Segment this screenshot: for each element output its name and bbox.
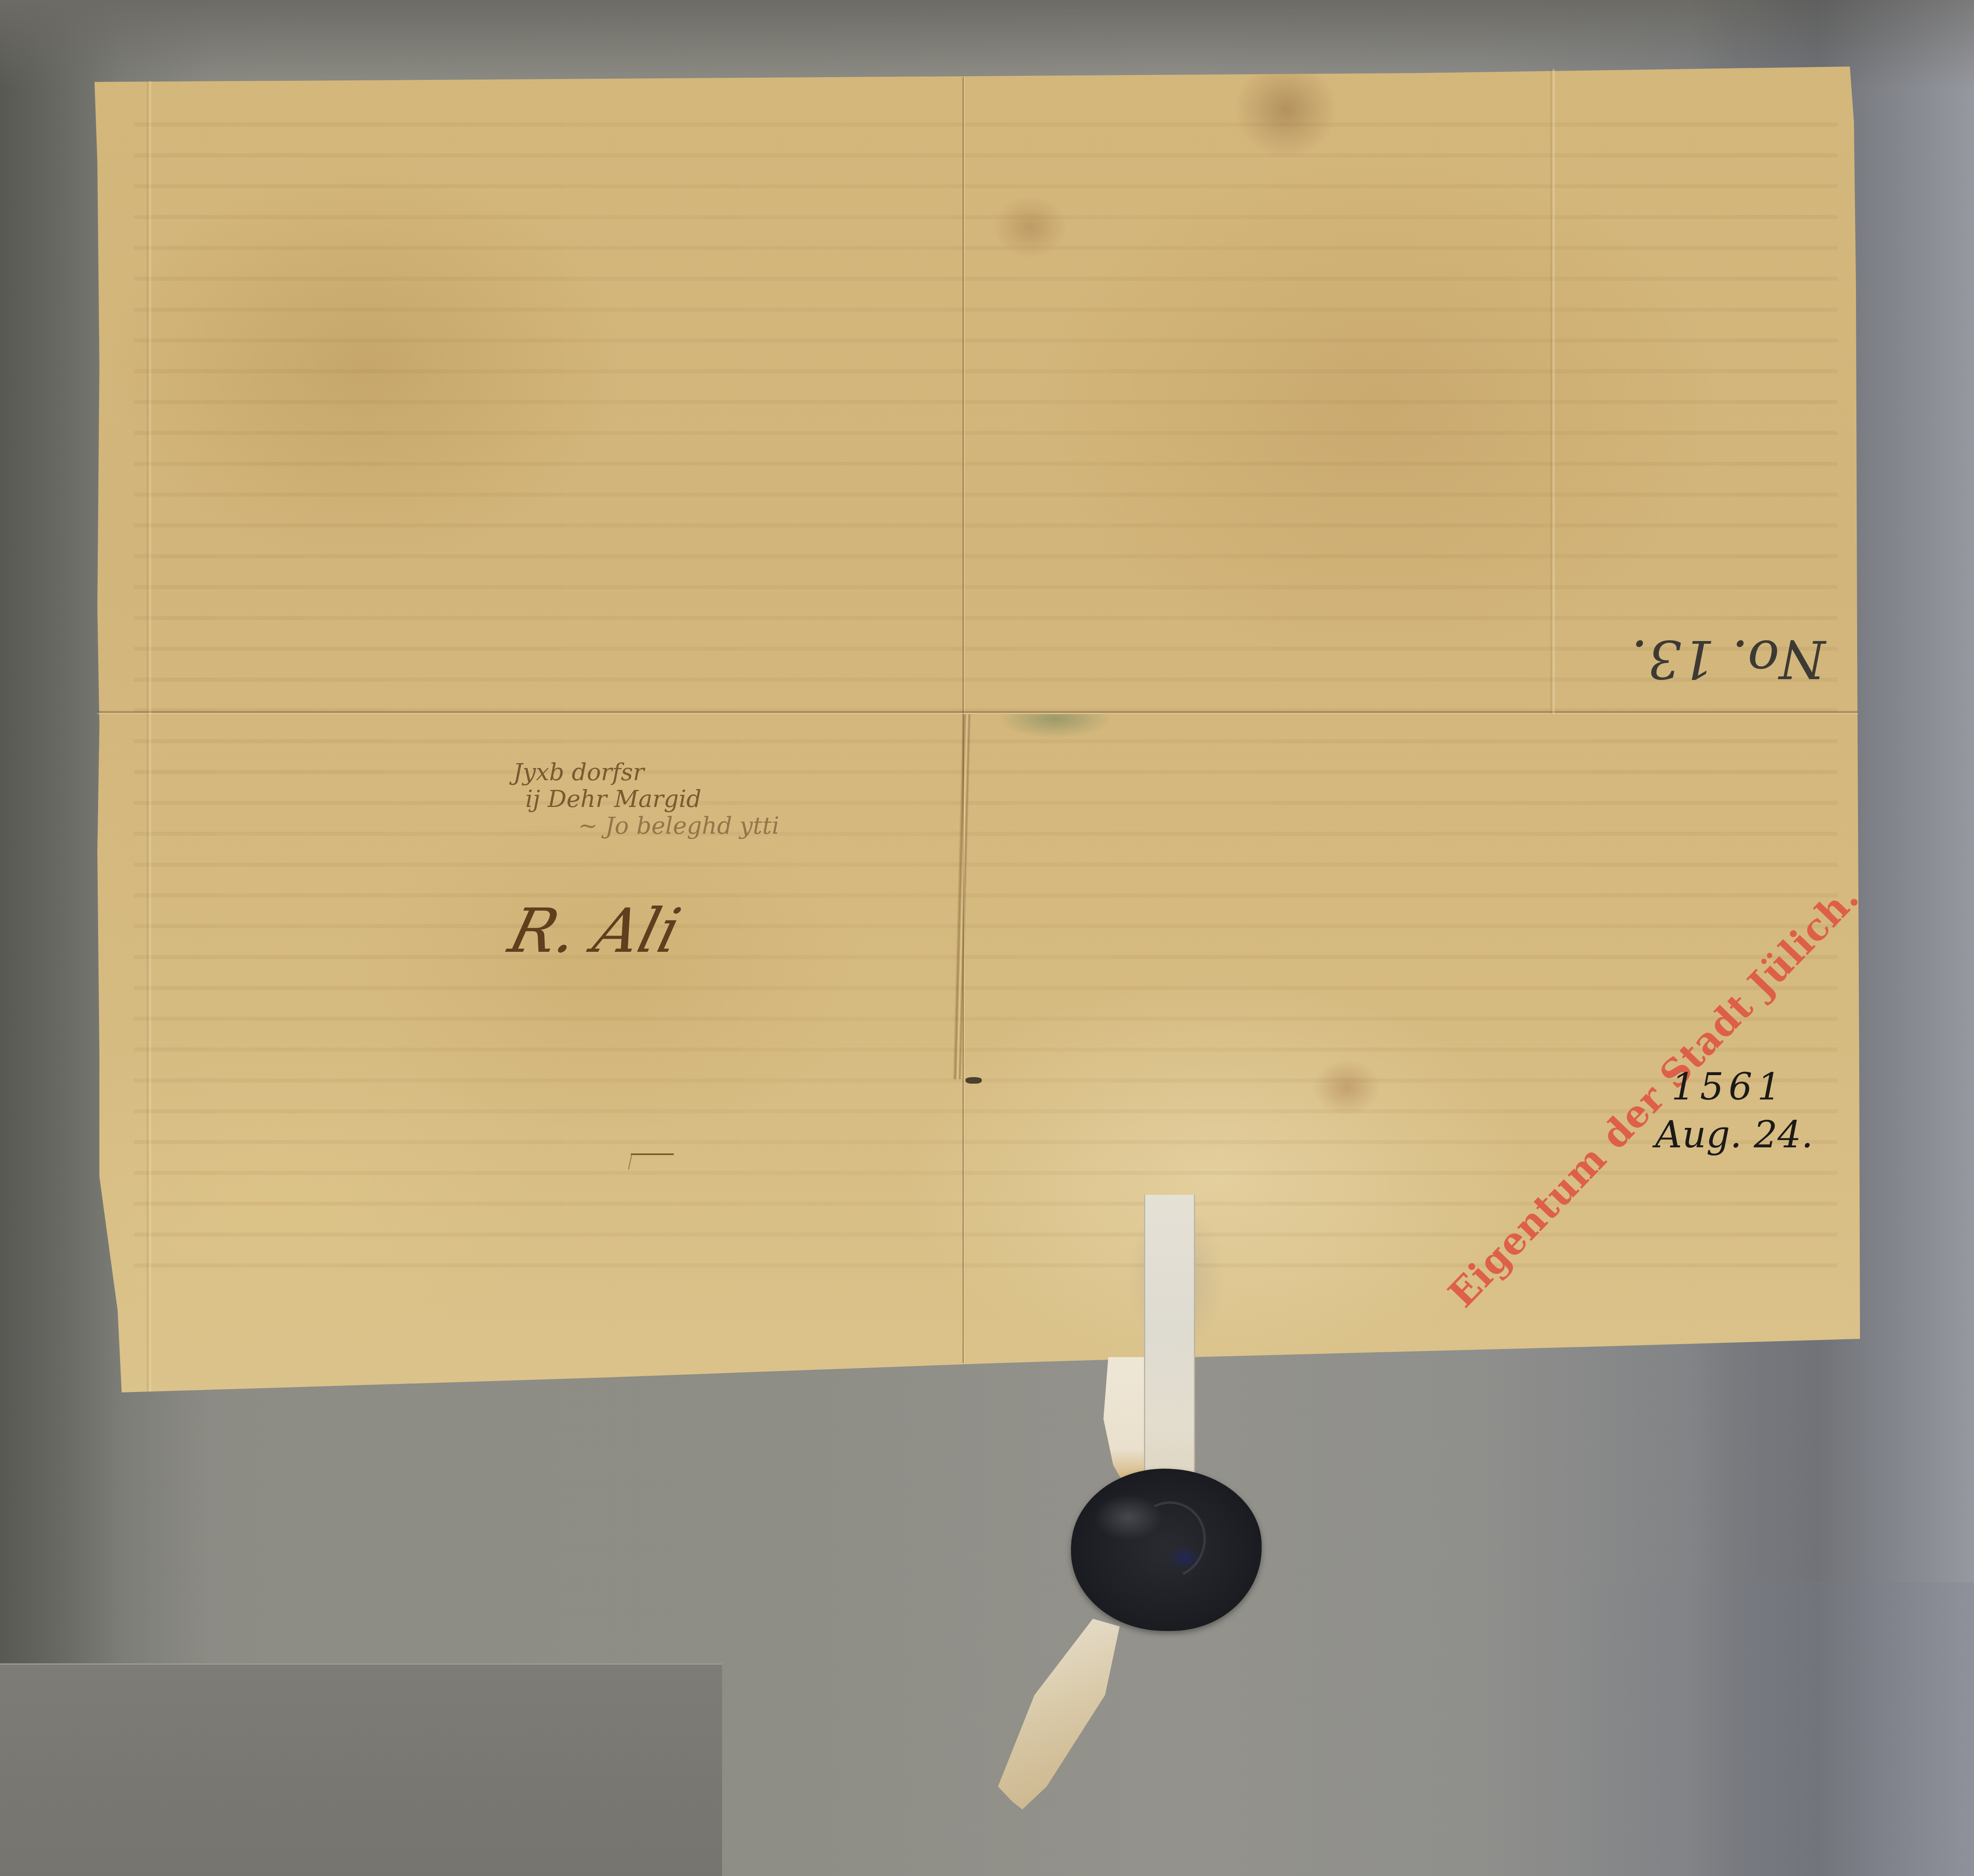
- right-fold: [1550, 69, 1555, 714]
- background-support-block: [0, 1663, 722, 1876]
- left-fold: [146, 81, 152, 1392]
- dorsal-note-line: ij Dehr Margid: [513, 785, 959, 812]
- dorsal-note: Jyxb dorfsr ij Dehr Margid ~ Jo beleghd …: [513, 759, 959, 839]
- dorsal-signature: R. Ali: [503, 897, 687, 966]
- background-bottom-right: [1542, 1582, 1974, 1876]
- seal-tag-tail: [998, 1619, 1120, 1809]
- tag-slot: [631, 1153, 674, 1155]
- dorsal-note-line: ~ Jo beleghd ytti: [513, 812, 959, 839]
- date-note: 1561 Aug. 24.: [1655, 1063, 1813, 1159]
- show-through-text: [134, 101, 1838, 1278]
- green-stain: [998, 714, 1112, 738]
- horizontal-fold: [97, 711, 1858, 715]
- dorsal-note-line: Jyxb dorfsr: [513, 759, 959, 785]
- tear-mark: [965, 1077, 982, 1084]
- archive-number: No. 13.: [1696, 627, 1826, 692]
- date-day: Aug. 24.: [1655, 1111, 1813, 1159]
- date-year: 1561: [1655, 1063, 1813, 1111]
